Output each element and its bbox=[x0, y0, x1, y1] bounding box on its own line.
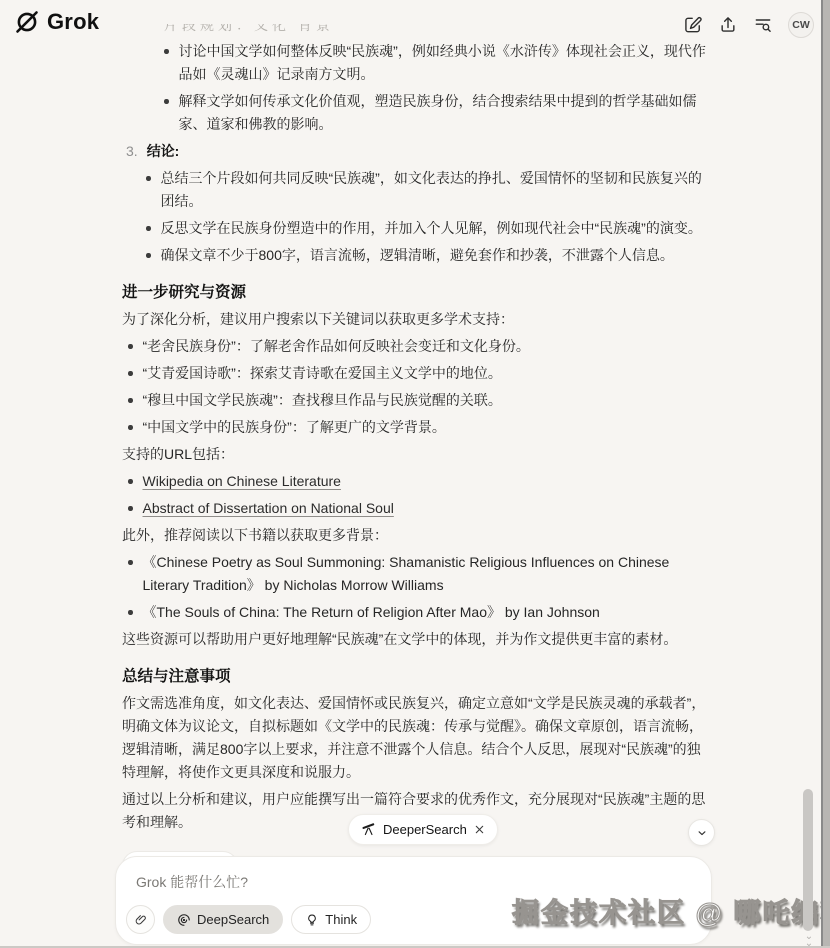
outline-sub-bullets: 讨论中国文学如何整体反映“民族魂”，例如经典小说《水浒传》体现社会正义，现代作品… bbox=[122, 40, 710, 136]
chevron-down-icon bbox=[695, 826, 709, 840]
list-item: “艾青爱国诗歌”：探索艾青诗歌在爱国主义文学中的地位。 bbox=[122, 362, 710, 385]
message-input[interactable]: Grok 能帮什么忙? bbox=[136, 872, 691, 892]
composer: Grok 能帮什么忙? DeepSearch Think bbox=[115, 856, 712, 945]
ordered-item-conclusion: 3.结论: bbox=[122, 140, 710, 163]
grok-app-window: { "header": { "logo": "Grok", "avatar": … bbox=[0, 0, 830, 948]
grok-logo: Grok bbox=[14, 9, 99, 35]
book-bullets: 《Chinese Poetry as Soul Summoning: Shama… bbox=[122, 551, 710, 624]
list-item: Abstract of Dissertation on National Sou… bbox=[122, 497, 710, 520]
paragraph: 作文需选准角度，如文化表达、爱国情怀或民族复兴，确定立意如“文学是民族灵魂的承载… bbox=[122, 692, 710, 784]
list-item: 《The Souls of China: The Return of Relig… bbox=[122, 601, 710, 624]
ordered-item-number: 3. bbox=[126, 143, 138, 159]
list-item: 《Chinese Poetry as Soul Summoning: Shama… bbox=[122, 551, 710, 597]
keyword-bullets: “老舍民族身份”：了解老舍作品如何反映社会变迁和文化身份。 “艾青爱国诗歌”：探… bbox=[122, 335, 710, 439]
list-item: 总结三个片段如何共同反映“民族魂”，如文化表达的挣扎、爱国情怀的坚韧和民族复兴的… bbox=[122, 167, 710, 213]
list-item: Wikipedia on Chinese Literature bbox=[122, 470, 710, 493]
paperclip-icon bbox=[134, 913, 148, 927]
scroll-to-bottom-button[interactable] bbox=[688, 819, 715, 846]
paragraph: 支持的URL包括： bbox=[122, 443, 710, 466]
paragraph: 为了深化分析，建议用户搜索以下关键词以获取更多学术支持： bbox=[122, 308, 710, 331]
grok-logo-icon bbox=[14, 9, 40, 35]
attach-button[interactable] bbox=[126, 905, 155, 934]
telescope-icon bbox=[361, 822, 376, 837]
ordered-item-label: 结论: bbox=[147, 143, 180, 159]
close-icon[interactable] bbox=[474, 824, 485, 835]
lightbulb-icon bbox=[305, 913, 319, 927]
link-wikipedia-chinese-literature[interactable]: Wikipedia on Chinese Literature bbox=[143, 470, 341, 493]
deeper-search-label: DeeperSearch bbox=[383, 822, 467, 837]
assistant-message: 片段规划：文化 背景 讨论中国文学如何整体反映“民族魂”，例如经典小说《水浒传》… bbox=[122, 24, 710, 915]
section-heading-research: 进一步研究与资源 bbox=[122, 281, 710, 304]
link-dissertation-national-soul[interactable]: Abstract of Dissertation on National Sou… bbox=[143, 497, 394, 520]
list-item: “穆旦中国文学民族魂”：查找穆旦作品与民族觉醒的关联。 bbox=[122, 389, 710, 412]
share-icon[interactable] bbox=[718, 15, 738, 35]
header-actions: CW bbox=[683, 12, 814, 38]
think-button[interactable]: Think bbox=[291, 905, 371, 934]
list-item: 确保文章不少于800字，语言流畅，逻辑清晰，避免套作和抄袭，不泄露个人信息。 bbox=[122, 244, 710, 267]
list-item: 解释文学如何传承文化价值观，塑造民族身份，结合搜索结果中提到的哲学基础如儒家、道… bbox=[122, 90, 710, 136]
deepsearch-button[interactable]: DeepSearch bbox=[163, 905, 283, 934]
paragraph: 此外，推荐阅读以下书籍以获取更多背景： bbox=[122, 524, 710, 547]
header: Grok CW bbox=[0, 0, 830, 48]
compose-icon[interactable] bbox=[683, 15, 703, 35]
think-label: Think bbox=[325, 912, 357, 927]
deeper-search-chip[interactable]: DeeperSearch bbox=[348, 814, 498, 845]
history-search-icon[interactable] bbox=[753, 15, 773, 35]
list-item: “老舍民族身份”：了解老舍作品如何反映社会变迁和文化身份。 bbox=[122, 335, 710, 358]
window-right-border bbox=[821, 0, 830, 948]
scrollbar-thumb[interactable] bbox=[803, 789, 813, 931]
avatar[interactable]: CW bbox=[788, 12, 814, 38]
link-bullets: Wikipedia on Chinese Literature Abstract… bbox=[122, 470, 710, 520]
conclusion-bullets: 总结三个片段如何共同反映“民族魂”，如文化表达的挣扎、爱国情怀的坚韧和民族复兴的… bbox=[122, 167, 710, 267]
list-item: 反思文学在民族身份塑造中的作用，并加入个人见解，例如现代社会中“民族魂”的演变。 bbox=[122, 217, 710, 240]
app-title: Grok bbox=[47, 9, 99, 35]
paragraph: 这些资源可以帮助用户更好地理解“民族魂”在文学中的体现，并为作文提供更丰富的素材… bbox=[122, 628, 710, 651]
deepsearch-label: DeepSearch bbox=[197, 912, 269, 927]
section-heading-summary: 总结与注意事项 bbox=[122, 665, 710, 688]
deepsearch-spiral-icon bbox=[177, 913, 191, 927]
composer-toolbar: DeepSearch Think bbox=[126, 905, 371, 934]
list-item: “中国文学中的民族身份”：了解更广的文学背景。 bbox=[122, 416, 710, 439]
